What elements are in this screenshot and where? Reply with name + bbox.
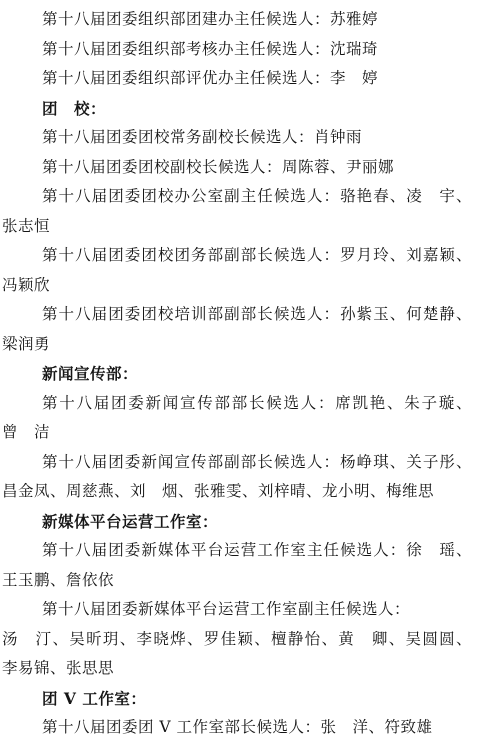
- document-text-line: 第十八届团委团校常务副校长候选人：肖钟雨: [2, 123, 472, 153]
- document-text-line: 李易锦、张思思: [2, 654, 472, 684]
- document-text-line: 第十八届团委新闻宣传部部长候选人：席凯艳、朱子璇、: [2, 389, 472, 419]
- document-text-line: 第十八届团委组织部评优办主任候选人：李 婷: [2, 64, 472, 94]
- document-text-line: 第十八届团委团校办公室副主任候选人：骆艳春、凌 宇、: [2, 182, 472, 212]
- document-text-line: 汤 汀、吴昕玥、李晓烨、罗佳颖、檀静怡、黄 卿、吴圆圆、: [2, 625, 472, 655]
- document-text-line: 昌金凤、周慈燕、刘 烟、张雅雯、刘梓晴、龙小明、梅维思: [2, 477, 472, 507]
- document-text-line: 第十八届团委新媒体平台运营工作室副主任候选人：: [2, 595, 472, 625]
- document-text-line: 王玉鹏、詹依依: [2, 566, 472, 596]
- section-heading: 团 V 工作室：: [2, 684, 472, 714]
- document-text-line: 第十八届团委新媒体平台运营工作室主任候选人：徐 瑶、: [2, 536, 472, 566]
- document-text-line: 曾 洁: [2, 418, 472, 448]
- document-text-line: 第十八届团委团 V 工作室部长候选人：张 洋、符致雄: [2, 713, 472, 743]
- document-text-line: 第十八届团委团校副校长候选人：周陈蓉、尹丽娜: [2, 153, 472, 183]
- document-text-line: 第十八届团委组织部团建办主任候选人：苏雅婷: [2, 5, 472, 35]
- section-heading: 新媒体平台运营工作室：: [2, 507, 472, 537]
- section-heading: 团 校：: [2, 94, 472, 124]
- document-page: 第十八届团委组织部团建办主任候选人：苏雅婷第十八届团委组织部考核办主任候选人：沈…: [0, 0, 484, 743]
- document-text-line: 张志恒: [2, 212, 472, 242]
- document-text-line: 第十八届团委新闻宣传部副部长候选人：杨峥琪、关子彤、: [2, 448, 472, 478]
- document-text-line: 第十八届团委组织部考核办主任候选人：沈瑞琦: [2, 35, 472, 65]
- section-heading: 新闻宣传部：: [2, 359, 472, 389]
- document-text-line: 第十八届团委团校团务部副部长候选人：罗月玲、刘嘉颖、: [2, 241, 472, 271]
- document-text-line: 梁润勇: [2, 330, 472, 360]
- document-text-line: 第十八届团委团校培训部副部长候选人：孙紫玉、何楚静、: [2, 300, 472, 330]
- document-text-line: 冯颖欣: [2, 271, 472, 301]
